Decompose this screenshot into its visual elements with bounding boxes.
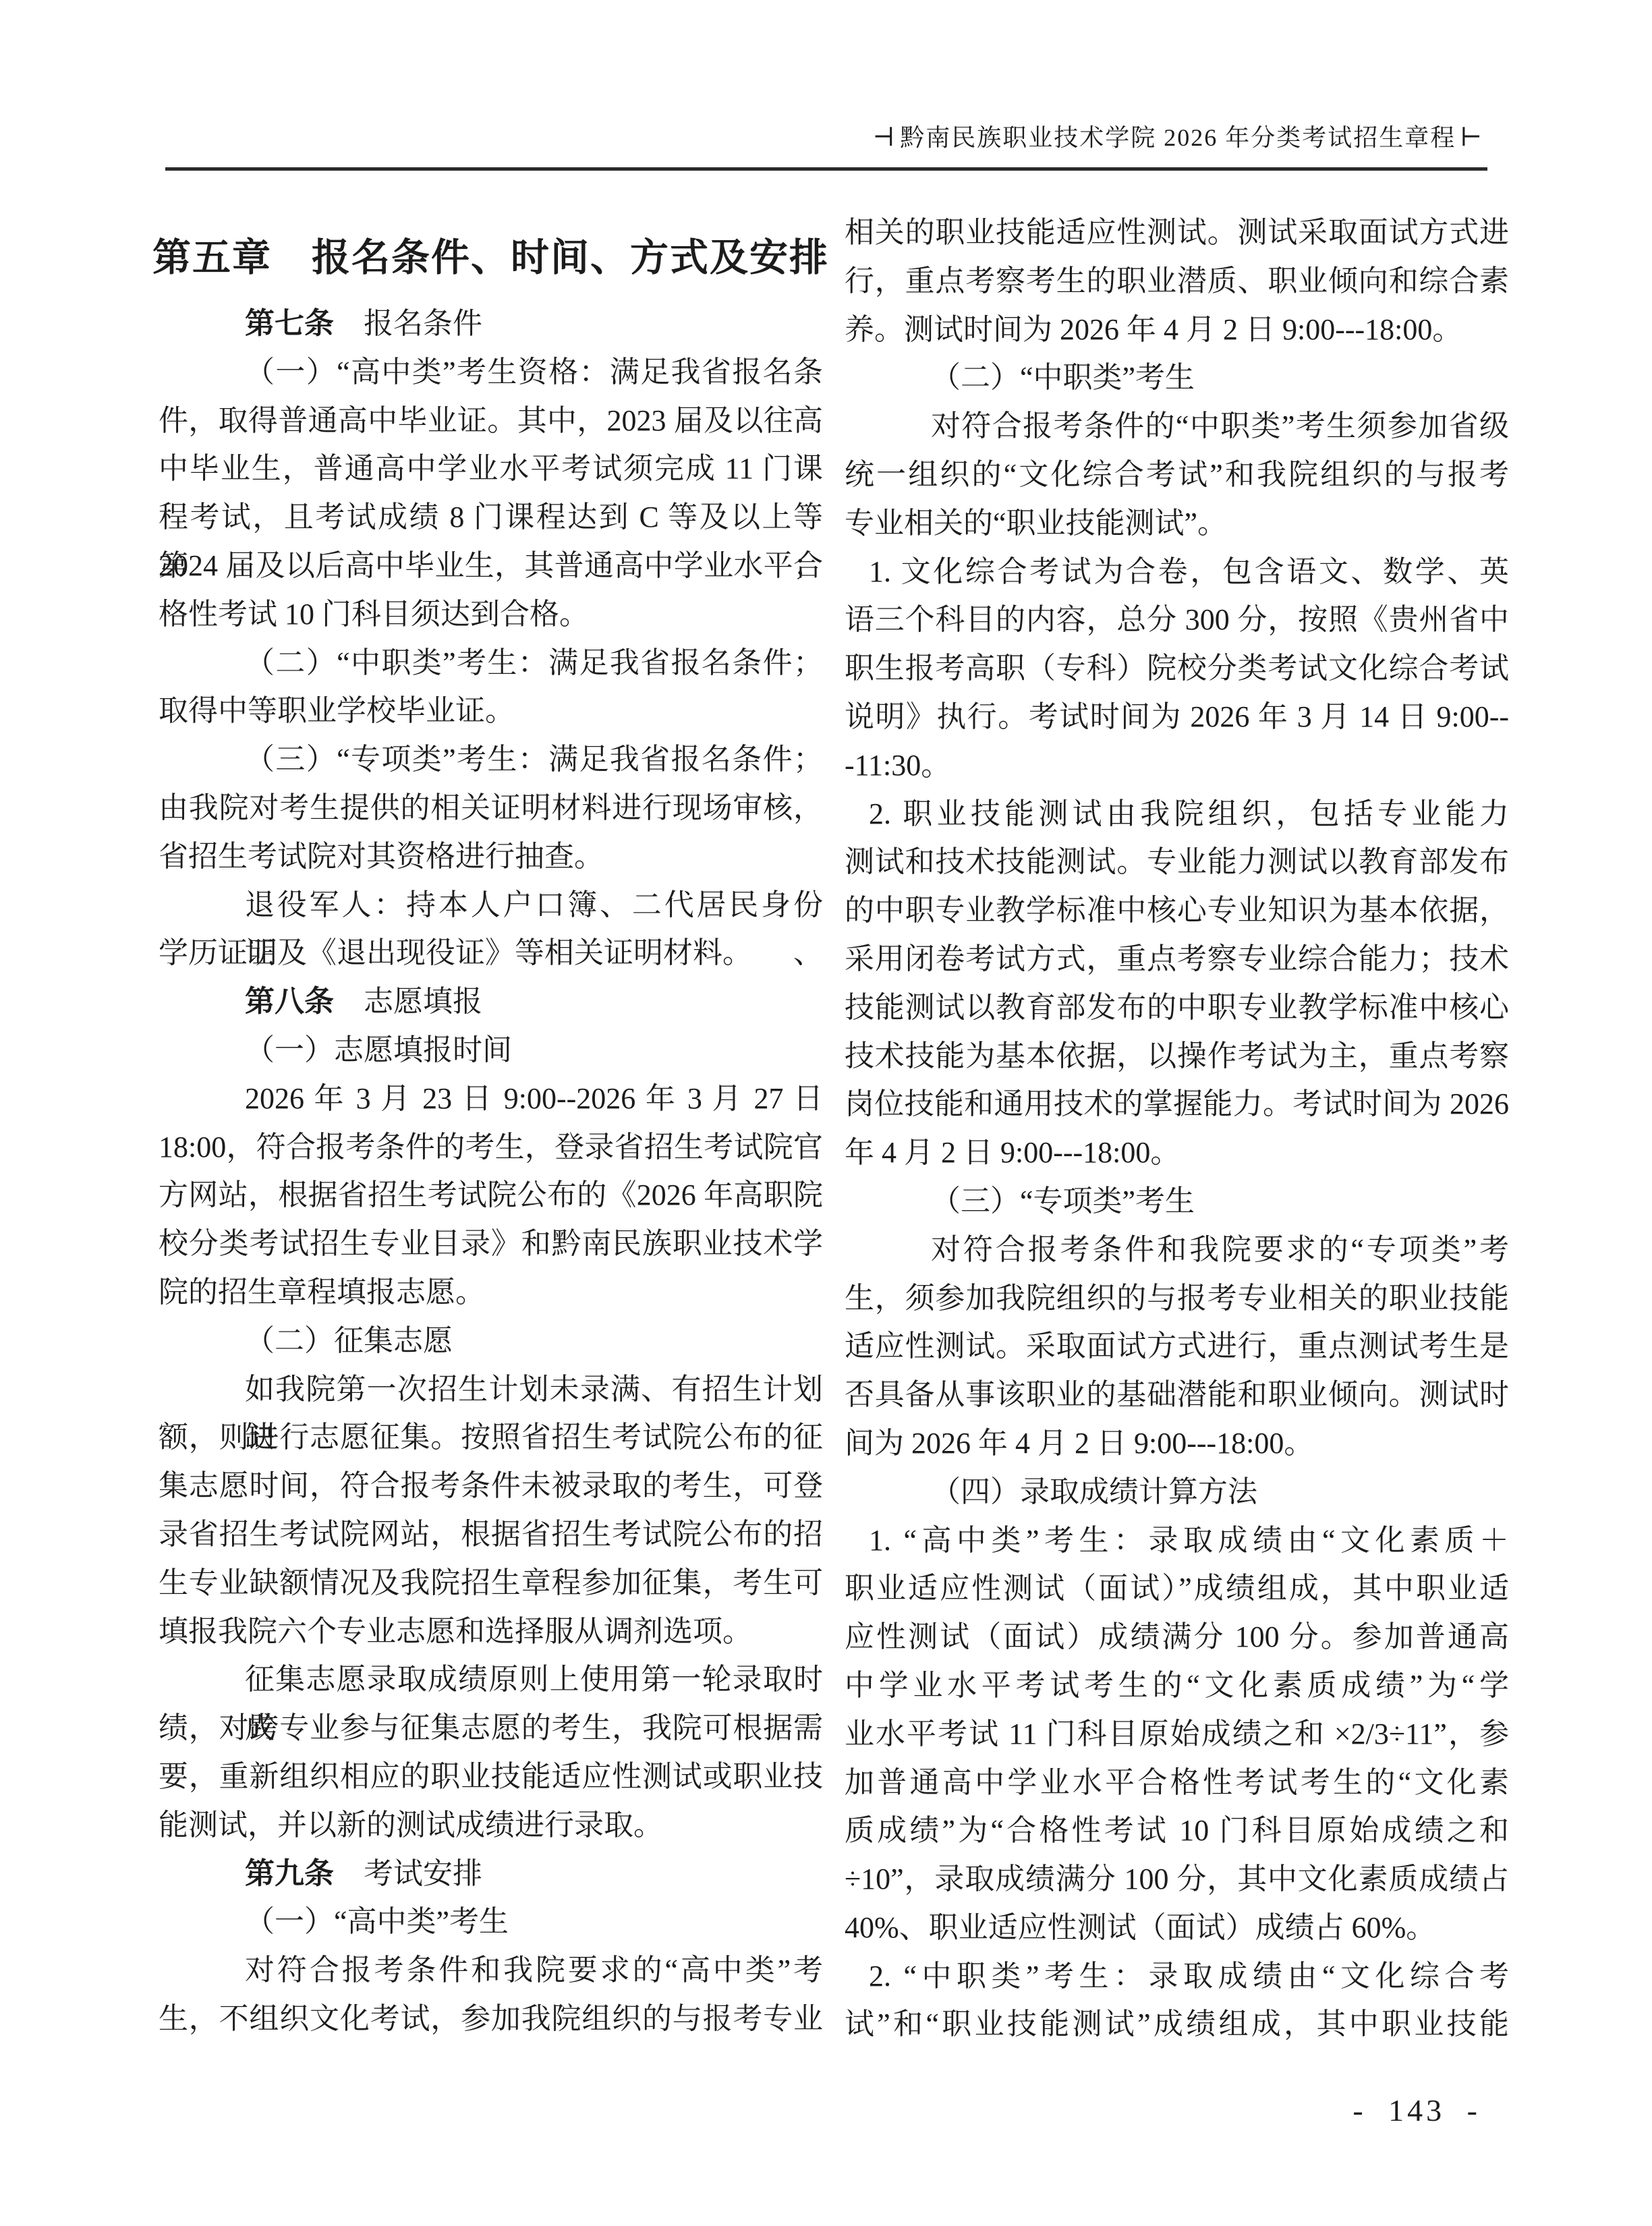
text-line: （二）“中职类”考生：满足我省报名条件； <box>159 639 823 687</box>
right-column-text: 相关的职业技能适应性测试。测试采取面试方式进行，重点考察考生的职业潜质、职业倾向… <box>845 208 1509 2049</box>
text-line: 2. “中职类”考生：录取成绩由“文化综合考 <box>845 1952 1509 2001</box>
text-line: 2026 年 3 月 23 日 9:00--2026 年 3 月 27 日 <box>159 1075 823 1123</box>
right-column: 相关的职业技能适应性测试。测试采取面试方式进行，重点考察考生的职业潜质、职业倾向… <box>845 208 1509 2049</box>
text-line: 集志愿时间，符合报考条件未被录取的考生，可登 <box>159 1462 823 1510</box>
text-line: 相关的职业技能适应性测试。测试采取面试方式进 <box>845 208 1509 257</box>
text-line: 额，则进行志愿征集。按照省招生考试院公布的征 <box>159 1413 823 1462</box>
text-line: 养。测试时间为 2026 年 4 月 2 日 9:00---18:00。 <box>845 306 1509 354</box>
text-line: 质成绩”为“合格性考试 10 门科目原始成绩之和 <box>845 1806 1509 1855</box>
text-line: 要，重新组织相应的职业技能适应性测试或职业技 <box>159 1752 823 1801</box>
text-line: 40%、职业适应性测试（面试）成绩占 60%。 <box>845 1904 1509 1952</box>
text-line: 18:00，符合报考条件的考生，登录省招生考试院官 <box>159 1123 823 1172</box>
text-line: 2024 届及以后高中毕业生，其普通高中学业水平合 <box>159 542 823 590</box>
text-line: 行，重点考察考生的职业潜质、职业倾向和综合素 <box>845 257 1509 306</box>
text-line: 否具备从事该职业的基础潜能和职业倾向。测试时 <box>845 1371 1509 1419</box>
text-line: 如我院第一次招生计划未录满、有招生计划缺 <box>159 1365 823 1414</box>
text-line: 填报我院六个专业志愿和选择服从调剂选项。 <box>159 1607 823 1656</box>
text-line: 语三个科目的内容，总分 300 分，按照《贵州省中 <box>845 596 1509 644</box>
text-line: （三）“专项类”考生 <box>845 1177 1509 1226</box>
text-line: 统一组织的“文化综合考试”和我院组织的与报考 <box>845 451 1509 499</box>
text-line: 学历证明及《退出现役证》等相关证明材料。 <box>159 929 823 977</box>
left-column-text: 第七条 报名条件（一）“高中类”考生资格：满足我省报名条件，取得普通高中毕业证。… <box>159 299 823 2043</box>
clause-number: 第九条 <box>245 1857 334 1890</box>
text-line: 程考试，且考试成绩 8 门课程达到 C 等及以上等第； <box>159 493 823 542</box>
header-left-tick-icon: ⊣ <box>869 123 901 152</box>
text-line: 的中职专业教学标准中核心专业知识为基本依据， <box>845 886 1509 935</box>
text-line: （一）志愿填报时间 <box>159 1026 823 1075</box>
text-line: 间为 2026 年 4 月 2 日 9:00---18:00。 <box>845 1419 1509 1468</box>
text-line: 征集志愿录取成绩原则上使用第一轮录取时成 <box>159 1655 823 1704</box>
running-head: ⊣黔南民族职业技术学院 2026 年分类考试招生章程⊢ <box>869 119 1487 153</box>
left-column: 第五章 报名条件、时间、方式及安排 第七条 报名条件（一）“高中类”考生资格：满… <box>159 208 823 2043</box>
text-line: 对符合报考条件的“中职类”考生须参加省级 <box>845 402 1509 451</box>
text-line: 生专业缺额情况及我院招生章程参加征集，考生可 <box>159 1559 823 1607</box>
text-line: 1. 文化综合考试为合卷，包含语文、数学、英 <box>845 548 1509 596</box>
text-line: 对符合报考条件和我院要求的“专项类”考 <box>845 1226 1509 1274</box>
chapter-heading: 第五章 报名条件、时间、方式及安排 <box>159 208 823 299</box>
text-line: 第九条 考试安排 <box>159 1850 823 1898</box>
text-line: 方网站，根据省招生考试院公布的《2026 年高职院 <box>159 1171 823 1220</box>
text-line: 2. 职业技能测试由我院组织，包括专业能力 <box>845 790 1509 838</box>
text-line: 岗位技能和通用技术的掌握能力。考试时间为 2026 <box>845 1080 1509 1129</box>
text-line: 省招生考试院对其资格进行抽查。 <box>159 832 823 881</box>
text-line: 专业相关的“职业技能测试”。 <box>845 499 1509 548</box>
text-line: 生，不组织文化考试，参加我院组织的与报考专业 <box>159 1995 823 2043</box>
text-line: 校分类考试招生专业目录》和黔南民族职业技术学 <box>159 1220 823 1268</box>
clause-number: 第八条 <box>245 985 334 1018</box>
text-line: 技术技能为基本依据，以操作考试为主，重点考察 <box>845 1032 1509 1081</box>
text-line: 职业适应性测试（面试）”成绩组成，其中职业适 <box>845 1564 1509 1613</box>
text-line: 对符合报考条件和我院要求的“高中类”考 <box>159 1946 823 1995</box>
header-right-tick-icon: ⊢ <box>1456 123 1487 152</box>
clause-number: 第七条 <box>245 307 334 340</box>
text-line: 试”和“职业技能测试”成绩组成，其中职业技能 <box>845 2000 1509 2049</box>
text-line: -11:30。 <box>845 741 1509 790</box>
text-line: ÷10”，录取成绩满分 100 分，其中文化素质成绩占 <box>845 1855 1509 1904</box>
header-rule <box>165 167 1487 171</box>
text-line: （一）“高中类”考生 <box>159 1897 823 1946</box>
text-line: 说明》执行。考试时间为 2026 年 3 月 14 日 9:00-- <box>845 693 1509 741</box>
text-line: （三）“专项类”考生：满足我省报名条件； <box>159 735 823 784</box>
text-line: 第八条 志愿填报 <box>159 977 823 1026</box>
text-line: 退役军人：持本人户口簿、二代居民身份证、 <box>159 881 823 930</box>
page-number: - 143 - <box>1352 2092 1481 2128</box>
text-line: 加普通高中学业水平合格性考试考生的“文化素 <box>845 1759 1509 1807</box>
text-line: 1. “高中类”考生：录取成绩由“文化素质＋ <box>845 1516 1509 1565</box>
text-line: 采用闭卷考试方式，重点考察专业综合能力；技术 <box>845 935 1509 983</box>
text-line: 件，取得普通高中毕业证。其中，2023 届及以往高 <box>159 397 823 445</box>
text-line: 院的招生章程填报志愿。 <box>159 1268 823 1317</box>
text-line: （四）录取成绩计算方法 <box>845 1468 1509 1516</box>
text-line: 中学业水平考试考生的“文化素质成绩”为“学 <box>845 1661 1509 1710</box>
text-line: 生，须参加我院组织的与报考专业相关的职业技能 <box>845 1274 1509 1323</box>
text-line: 由我院对考生提供的相关证明材料进行现场审核， <box>159 784 823 832</box>
text-line: 技能测试以教育部发布的中职专业教学标准中核心 <box>845 983 1509 1032</box>
text-line: （二）“中职类”考生 <box>845 353 1509 402</box>
text-line: 业水平考试 11 门科目原始成绩之和 ×2/3÷11”，参 <box>845 1710 1509 1759</box>
text-line: （二）征集志愿 <box>159 1317 823 1365</box>
text-line: 录省招生考试院网站，根据省招生考试院公布的招 <box>159 1510 823 1559</box>
text-line: 能测试，并以新的测试成绩进行录取。 <box>159 1801 823 1850</box>
text-line: 格性考试 10 门科目须达到合格。 <box>159 590 823 639</box>
text-line: 年 4 月 2 日 9:00---18:00。 <box>845 1129 1509 1177</box>
text-line: 中毕业生，普通高中学业水平考试须完成 11 门课 <box>159 445 823 493</box>
text-line: 取得中等职业学校毕业证。 <box>159 687 823 735</box>
text-line: （一）“高中类”考生资格：满足我省报名条 <box>159 348 823 397</box>
header-title: 黔南民族职业技术学院 2026 年分类考试招生章程 <box>900 124 1456 151</box>
document-page: ⊣黔南民族职业技术学院 2026 年分类考试招生章程⊢ 第五章 报名条件、时间、… <box>0 0 1652 2226</box>
text-line: 绩，对跨专业参与征集志愿的考生，我院可根据需 <box>159 1704 823 1752</box>
text-line: 第七条 报名条件 <box>159 299 823 348</box>
text-line: 测试和技术技能测试。专业能力测试以教育部发布 <box>845 838 1509 886</box>
text-line: 职生报考高职（专科）院校分类考试文化综合考试 <box>845 644 1509 693</box>
text-line: 适应性测试。采取面试方式进行，重点测试考生是 <box>845 1322 1509 1371</box>
text-line: 应性测试（面试）成绩满分 100 分。参加普通高 <box>845 1613 1509 1661</box>
